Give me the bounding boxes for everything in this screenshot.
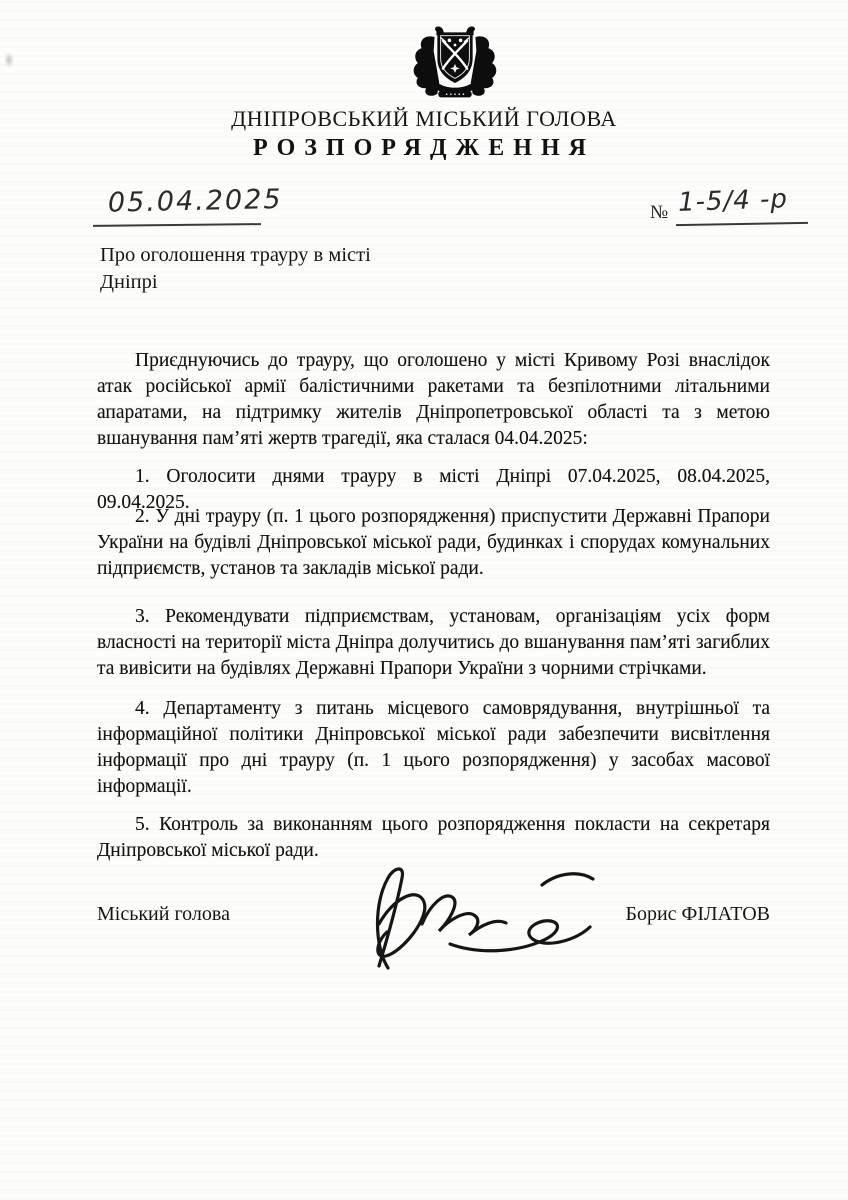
date-underline [93,223,261,227]
decree-item-4: 4. Департаменту з питань місцевого самов… [97,696,770,800]
scan-artifact [4,52,14,68]
intro-paragraph: Приєднуючись до трауру, що оголошено у м… [97,348,770,452]
decree-item-5: 5. Контроль за виконанням цього розпоряд… [97,812,770,864]
number-sign: № [650,202,668,224]
org-title: ДНІПРОВСЬКИЙ МІСЬКИЙ ГОЛОВА [0,106,848,132]
subject-heading: Про оголошення трауру в місті Дніпрі [100,242,430,296]
signer-name: Борис ФІЛАТОВ [625,903,770,926]
decree-item-2: 2. У дні трауру (п. 1 цього розпорядженн… [97,504,770,582]
document-number-group: № 1-5/4 -р [650,190,820,230]
signer-position: Міський голова [97,903,230,926]
dnipro-coat-of-arms-icon [407,26,503,102]
handwritten-date: 05.04.2025 [96,184,279,226]
decree-item-3: 3. Рекомендувати підприємствам, установа… [97,604,770,682]
handwritten-number: 1-5/4 -р [678,184,789,218]
doc-type-title: РОЗПОРЯДЖЕННЯ [0,135,848,162]
document-page: ДНІПРОВСЬКИЙ МІСЬКИЙ ГОЛОВА РОЗПОРЯДЖЕНН… [0,0,848,1200]
signature-row: Міський голова Борис ФІЛАТОВ [97,903,770,933]
number-underline [676,222,808,226]
